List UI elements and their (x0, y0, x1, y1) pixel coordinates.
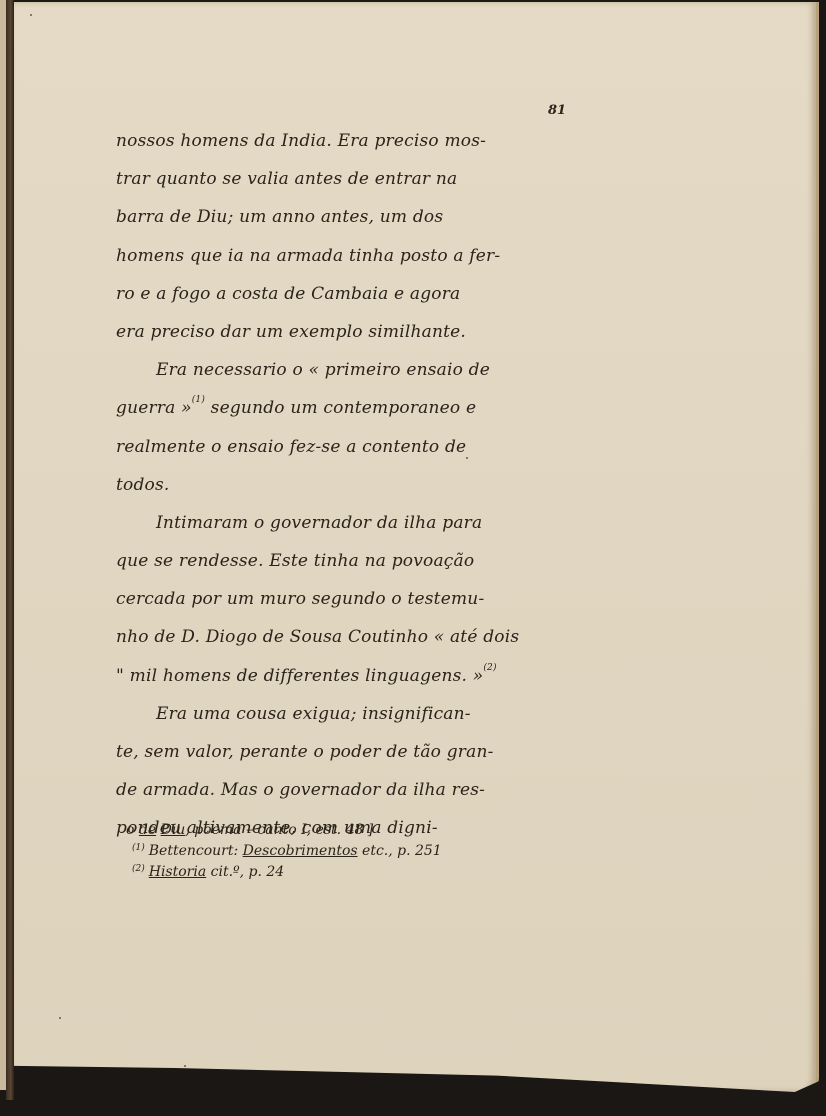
line-text: era preciso dar um exemplo similhante. (116, 322, 466, 342)
line-text: nossos homens da India. Era preciso mos- (116, 131, 486, 151)
line-text: de armada. Mas o governador da ilha res- (116, 780, 485, 800)
text-line: de armada. Mas o governador da ilha res- (116, 771, 606, 809)
footnote: o de Diu, poema – canto I, est. 48 ] (126, 820, 586, 841)
line-text: trar quanto se valia antes de entrar na (116, 169, 457, 189)
underlined-title: de (139, 822, 156, 838)
footnote-marker: (2) (132, 864, 145, 874)
footnote-text: , poema – canto I, est. 48 ] (185, 822, 373, 838)
line-text: todos. (116, 475, 170, 495)
paper-speck (184, 1065, 186, 1067)
line-text: cercada por um muro segundo o testemu- (116, 589, 484, 609)
line-text: realmente o ensaio fez-se a contento de (116, 437, 466, 457)
text-line: Era uma cousa exigua; insignifican- (116, 695, 606, 733)
text-line: te, sem valor, perante o poder de tão gr… (116, 733, 606, 771)
footnotes: o de Diu, poema – canto I, est. 48 ](1)B… (126, 820, 586, 883)
footnote: (1)Bettencourt: Descobrimentos etc., p. … (126, 841, 586, 862)
text-line: guerra »(1) segundo um contemporaneo e (116, 389, 606, 427)
paper-speck (59, 1017, 61, 1019)
footnote-text: Bettencourt: (149, 843, 243, 859)
paper-speck (30, 14, 32, 16)
book-spine (6, 0, 14, 1100)
text-line: barra de Diu; um anno antes, um dos (116, 198, 606, 236)
footnote-text: cit.º, p. 24 (206, 864, 284, 880)
line-text: Era uma cousa exigua; insignifican- (156, 704, 471, 724)
text-line: Intimaram o governador da ilha para (116, 504, 606, 542)
text-line: era preciso dar um exemplo similhante. (116, 313, 606, 351)
footnote-text: etc., p. 251 (358, 843, 442, 859)
text-line: Era necessario o « primeiro ensaio de (116, 351, 606, 389)
footnote-marker: (1) (132, 843, 145, 853)
line-text: Intimaram o governador da ilha para (156, 513, 482, 533)
footnote-reference: (2) (483, 663, 496, 673)
line-text: " mil homens de differentes linguagens. … (116, 666, 483, 686)
text-line: que se rendesse. Este tinha na povoação (116, 542, 606, 580)
footnote-reference: (1) (192, 395, 205, 405)
text-line: cercada por um muro segundo o testemu- (116, 580, 606, 618)
line-text: barra de Diu; um anno antes, um dos (116, 207, 443, 227)
text-line: realmente o ensaio fez-se a contento de (116, 428, 606, 466)
line-text: que se rendesse. Este tinha na povoação (116, 551, 474, 571)
text-line: " mil homens de differentes linguagens. … (116, 657, 606, 695)
line-text: ro e a fogo a costa de Cambaia e agora (116, 284, 460, 304)
underlined-title: Diu (161, 822, 186, 838)
handwritten-body: nossos homens da India. Era preciso mos-… (116, 122, 606, 848)
footnote: (2)Historia cit.º, p. 24 (126, 862, 586, 883)
footnote-text: o (126, 822, 139, 838)
text-line: nho de D. Diogo de Sousa Coutinho « até … (116, 618, 606, 656)
line-text-continued: segundo um contemporaneo e (205, 398, 476, 418)
text-line: nossos homens da India. Era preciso mos- (116, 122, 606, 160)
line-text: guerra » (116, 398, 192, 418)
text-line: ro e a fogo a costa de Cambaia e agora (116, 275, 606, 313)
line-text: nho de D. Diogo de Sousa Coutinho « até … (116, 627, 519, 647)
line-text: homens que ia na armada tinha posto a fe… (116, 246, 500, 266)
line-text: Era necessario o « primeiro ensaio de (156, 360, 490, 380)
text-line: trar quanto se valia antes de entrar na (116, 160, 606, 198)
page-number: 81 (548, 103, 566, 118)
line-text: te, sem valor, perante o poder de tão gr… (116, 742, 494, 762)
text-line: homens que ia na armada tinha posto a fe… (116, 237, 606, 275)
underlined-title: Descobrimentos (243, 843, 358, 859)
underlined-title: Historia (149, 864, 206, 880)
text-line: todos. (116, 466, 606, 504)
